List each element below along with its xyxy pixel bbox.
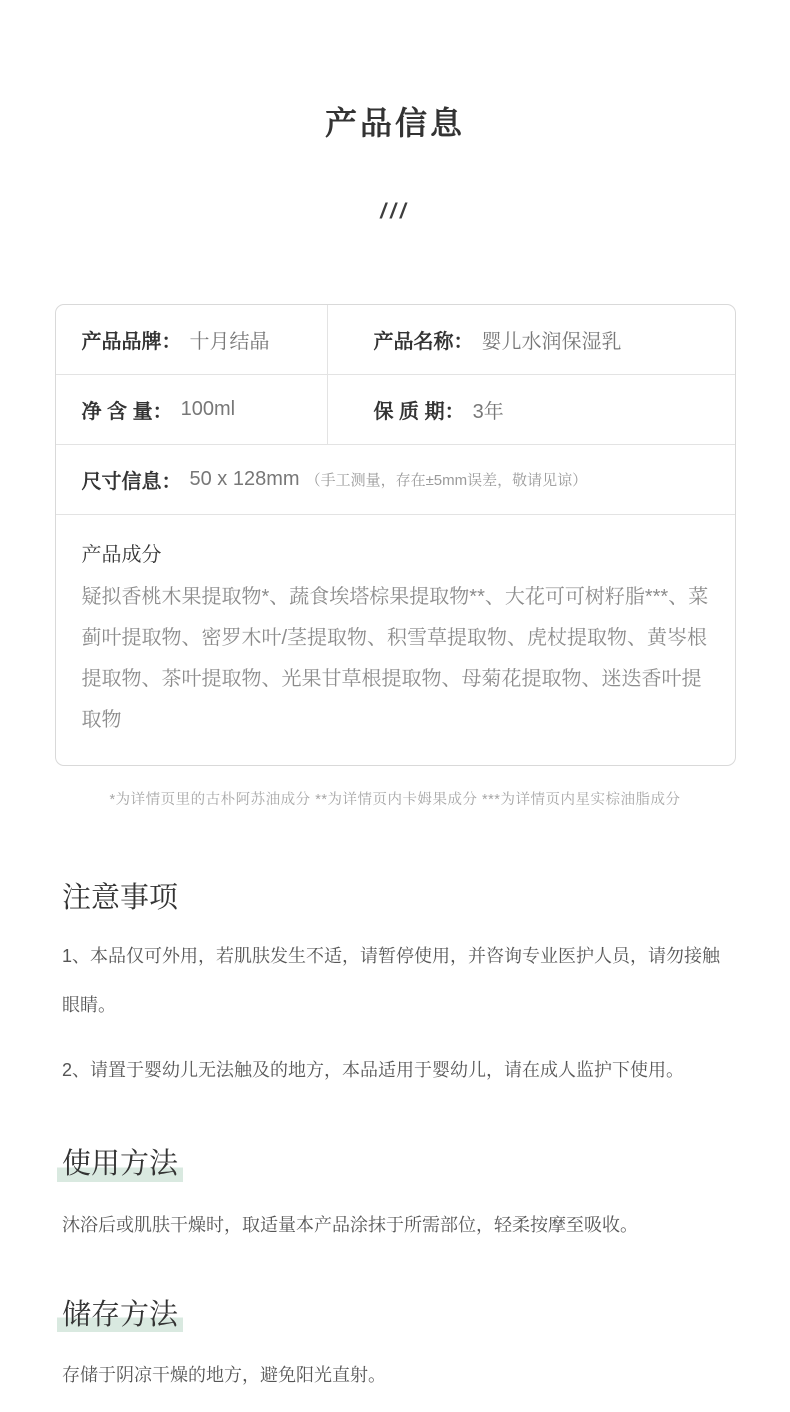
page-title: 产品信息 <box>0 0 790 144</box>
volume-value: 100ml <box>181 398 235 421</box>
brand-cell: 产品品牌： 十月结晶 <box>56 305 328 374</box>
product-info-page: { "page": { "title": "产品信息", "slashes": … <box>0 0 790 1412</box>
ingredients-label: 产品成分 <box>82 535 709 575</box>
brand-value: 十月结晶 <box>190 325 270 354</box>
size-value: 50 x 128mm <box>190 468 300 491</box>
ingredients-row: 产品成分 疑拟香桃木果提取物*、蔬食埃塔棕果提取物**、大花可可树籽脂***、菜… <box>56 515 735 765</box>
usage-section: 使用方法 沐浴后或肌肤干燥时，取适量本产品涂抹于所需部位，轻柔按摩至吸收。 <box>62 1147 728 1240</box>
ingredients-footnote: *为详情页里的古朴阿苏油成分 **为详情页内卡姆果成分 ***为详情页内星实棕油… <box>0 788 790 809</box>
decorative-slashes: /// <box>0 200 790 224</box>
usage-text: 沐浴后或肌肤干燥时，取适量本产品涂抹于所需部位，轻柔按摩至吸收。 <box>62 1210 728 1240</box>
volume-label: 净 含 量： <box>82 395 173 424</box>
product-info-table: 产品品牌： 十月结晶 产品名称： 婴儿水润保湿乳 净 含 量： 100ml 保 … <box>55 304 736 766</box>
size-row: 尺寸信息： 50 x 128mm （手工测量，存在±5mm误差，敬请见谅） <box>56 445 735 515</box>
name-cell: 产品名称： 婴儿水润保湿乳 <box>328 305 735 374</box>
storage-text: 存储于阴凉干燥的地方，避免阳光直射。 <box>62 1360 728 1390</box>
table-row: 净 含 量： 100ml 保 质 期： 3年 <box>56 375 735 445</box>
shelf-life-label: 保 质 期： <box>374 395 465 424</box>
size-label: 尺寸信息： <box>82 465 182 494</box>
storage-section-title: 储存方法 <box>57 1298 183 1333</box>
table-row: 产品品牌： 十月结晶 产品名称： 婴儿水润保湿乳 <box>56 305 735 375</box>
shelf-life-value: 3年 <box>473 395 504 424</box>
shelf-life-cell: 保 质 期： 3年 <box>328 375 735 444</box>
brand-label: 产品品牌： <box>82 325 182 354</box>
name-label: 产品名称： <box>374 325 474 354</box>
ingredients-text: 疑拟香桃木果提取物*、蔬食埃塔棕果提取物**、大花可可树籽脂***、菜蓟叶提取物… <box>82 577 709 741</box>
volume-cell: 净 含 量： 100ml <box>56 375 328 444</box>
notice-section-title: 注意事项 <box>62 881 178 916</box>
notice-item-1: 1、本品仅可外用，若肌肤发生不适，请暂停使用，并咨询专业医护人员，请勿接触眼睛。 <box>62 932 728 1030</box>
storage-section: 储存方法 存储于阴凉干燥的地方，避免阳光直射。 <box>62 1298 728 1391</box>
usage-section-title: 使用方法 <box>57 1147 183 1182</box>
notice-item-2: 2、请置于婴幼儿无法触及的地方，本品适用于婴幼儿，请在成人监护下使用。 <box>62 1046 728 1095</box>
notice-section: 注意事项 1、本品仅可外用，若肌肤发生不适，请暂停使用，并咨询专业医护人员，请勿… <box>62 881 728 1095</box>
name-value: 婴儿水润保湿乳 <box>482 325 622 354</box>
size-note: （手工测量，存在±5mm误差，敬请见谅） <box>306 469 588 490</box>
